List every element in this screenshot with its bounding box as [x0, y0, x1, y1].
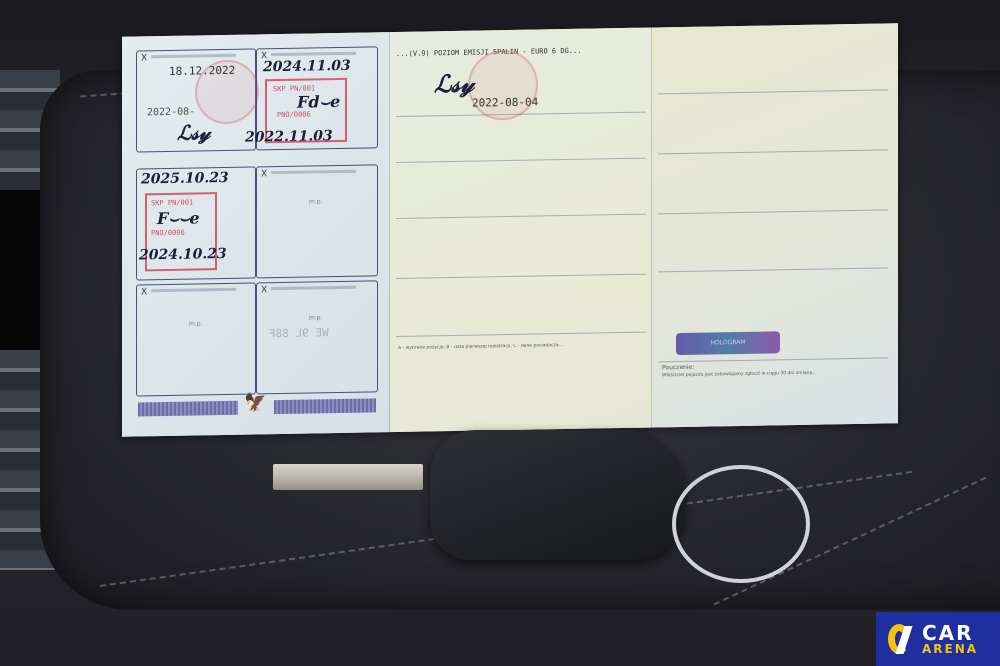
footnote-text: A - wybrane pozycje, B - data pierwszej … — [398, 342, 638, 406]
vent-opening — [0, 190, 45, 350]
form-line — [658, 89, 888, 94]
eagle-emblem-icon: 🦅 — [244, 392, 266, 413]
cell-mark: X — [261, 285, 267, 295]
cell-mark: X — [261, 169, 267, 179]
stamp-cell-2: X 2024.11.03 SKP PN/001 PNO/0006 Fd⌣e 20… — [256, 46, 378, 150]
official-seal — [468, 50, 538, 121]
cell-mark: X — [141, 287, 147, 297]
brand-bottom: ARENA — [922, 643, 978, 655]
form-line — [396, 332, 646, 337]
security-band — [138, 401, 238, 417]
registration-document: X 18.12.2022 2022-08- ℒ𝓈𝓎 X 2024.11.03 S… — [122, 23, 898, 437]
seal-placeholder: m.p. — [189, 320, 202, 327]
stamp-cell-1: X 18.12.2022 2022-08- ℒ𝓈𝓎 — [136, 48, 256, 152]
handwritten-date: 2024.11.03 — [263, 58, 351, 76]
document-page-right: HOLOGRAM Pouczenie: Właściciel pojazdu j… — [652, 23, 898, 427]
security-band — [274, 398, 376, 414]
stamp-cell-3: 2025.10.23 SKP PN/001 PNO/0006 F⌣⌣e 2024… — [136, 166, 256, 280]
document-page-left: X 18.12.2022 2022-08- ℒ𝓈𝓎 X 2024.11.03 S… — [122, 32, 390, 437]
form-line — [658, 209, 888, 214]
typed-date: 18.12.2022 — [169, 64, 235, 78]
signature: ℒ𝓈𝓎 — [177, 120, 210, 145]
stamp-date: 2022-08- — [147, 106, 195, 118]
hologram-sticker: HOLOGRAM — [676, 331, 780, 355]
form-line — [396, 274, 646, 279]
stamp-cell-5: X m.p. — [136, 282, 256, 396]
handwritten-date: 2022.11.03 — [245, 128, 333, 146]
photo-background: X 18.12.2022 2022-08- ℒ𝓈𝓎 X 2024.11.03 S… — [0, 0, 1000, 666]
signature: ℒ𝓈𝓎 — [434, 69, 474, 99]
stamp-cell-6: X m.p. WE 9L 88F — [256, 280, 378, 394]
key-ring — [672, 465, 810, 583]
seal-placeholder: m.p. — [309, 314, 322, 321]
handwritten-date: 2024.10.23 — [139, 246, 227, 264]
cell-mark: X — [141, 53, 147, 63]
key-fob — [430, 430, 685, 560]
form-line — [396, 158, 646, 163]
car-arena-watermark: CAR ARENA — [876, 612, 1000, 666]
mirrored-text: WE 9L 88F — [269, 326, 329, 340]
form-line — [658, 149, 888, 154]
inspector-signature: Fd⌣e — [297, 92, 340, 113]
inspector-signature: F⌣⌣e — [157, 208, 200, 229]
key-blade — [273, 464, 423, 490]
stamp-cell-4: X m.p. — [256, 164, 378, 278]
form-line — [658, 267, 888, 272]
brand-top: CAR — [922, 623, 978, 643]
notice-text: Właściciel pojazdu jest zobowiązany zgło… — [662, 370, 882, 380]
form-line — [658, 357, 888, 362]
document-page-middle: ...(V.9) POZIOM EMISJI SPALIN - EURO 6 D… — [390, 28, 652, 433]
seal-placeholder: m.p. — [309, 198, 322, 205]
notice-title: Pouczenie: — [662, 365, 694, 372]
stamp-date: 2022-08-04 — [472, 96, 538, 110]
handwritten-date: 2025.10.23 — [141, 170, 229, 188]
car-arena-logo-icon — [888, 624, 914, 654]
form-line — [396, 214, 646, 219]
